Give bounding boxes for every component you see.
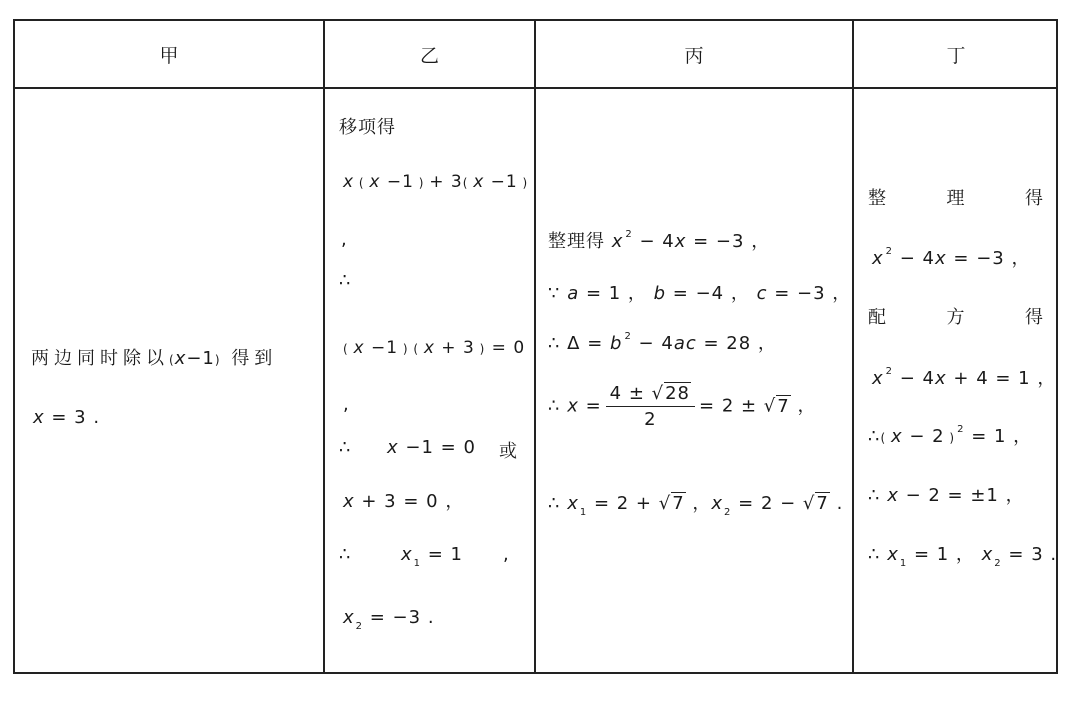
header-yi: 乙 xyxy=(325,21,534,87)
bing-line-2: ∵ a = 1 ， b = −4 ， c = −3 ， xyxy=(548,279,851,305)
jia-line-1: 两边同时除以(x−1) 得到 xyxy=(31,344,277,370)
yi-line-8: x + 3 = 0 ， xyxy=(343,487,464,513)
header-jia: 甲 xyxy=(15,21,323,87)
cell-ding: 整理得 x2 − 4x = −3 ， 配方得 x2 − 4x + 4 = 1 ，… xyxy=(854,89,1058,672)
yi-line-1: 移项得 xyxy=(339,113,396,139)
cell-jia: 两边同时除以(x−1) 得到 x = 3 . xyxy=(15,89,323,672)
bing-line-3: ∴ Δ = b2 − 4ac = 28 ， xyxy=(548,329,777,355)
yi-line-7: ∴x −1 = 0或 xyxy=(339,437,519,458)
yi-line-6: , xyxy=(343,394,350,415)
bing-line-5: ∴ x1 = 2 + √7 ，x2 = 2 − √7 . xyxy=(548,489,843,518)
yi-line-3: , xyxy=(341,229,348,250)
header-bing: 丙 xyxy=(536,21,852,87)
yi-line-2: x ( x −1 ) + 3( x −1 ) xyxy=(343,172,528,192)
bing-line-1: 整理得 x2 − 4x = −3 ， xyxy=(548,227,770,253)
cell-yi: 移项得 x ( x −1 ) + 3( x −1 ) , ∴ ( x −1 ) … xyxy=(325,89,534,672)
yi-line-9: ∴x1 = 1, xyxy=(339,544,519,565)
yi-line-10: x2 = −3 . xyxy=(343,607,435,632)
jia-line-2: x = 3 . xyxy=(33,407,100,428)
bing-line-4: ∴ x =4 ± √282= 2 ± √7 ， xyxy=(548,383,816,430)
ding-line-6: ∴ x − 2 = ±1 ， xyxy=(868,481,1025,507)
ding-line-5: ∴( x − 2 )2 = 1 ， xyxy=(868,422,1032,448)
header-ding: 丁 xyxy=(854,21,1058,87)
ding-line-4: x2 − 4x + 4 = 1 ， xyxy=(872,364,1056,390)
yi-line-5: ( x −1 ) ( x + 3 ) = 0 xyxy=(343,338,525,358)
ding-line-7: ∴ x1 = 1 ， x2 = 3 . xyxy=(868,540,1057,569)
jia-text-end: 得到 xyxy=(231,348,277,369)
cell-bing: 整理得 x2 − 4x = −3 ， ∵ a = 1 ， b = −4 ， c … xyxy=(536,89,852,672)
ding-line-1: 整理得 xyxy=(868,184,1044,210)
yi-line-4: ∴ xyxy=(339,270,351,291)
ding-line-3: 配方得 xyxy=(868,303,1044,329)
jia-text: 两边同时除以 xyxy=(31,348,169,369)
ding-line-2: x2 − 4x = −3 ， xyxy=(872,244,1030,270)
solution-table: 甲 乙 丙 丁 两边同时除以(x−1) 得到 x = 3 . 移项得 x ( x… xyxy=(13,19,1058,674)
